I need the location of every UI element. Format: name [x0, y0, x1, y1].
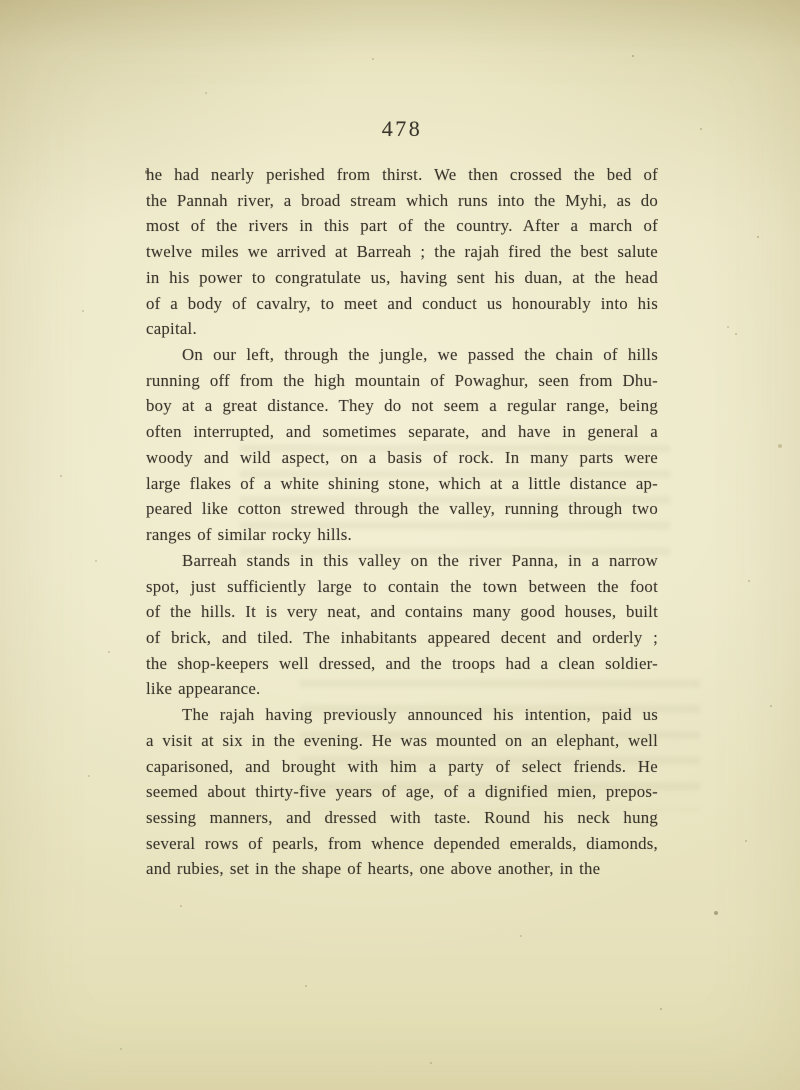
- text-line: often interrupted, and sometimes separat…: [146, 419, 658, 445]
- text-line: a visit at six in the evening. He was mo…: [146, 728, 658, 754]
- page-number: 478: [146, 116, 658, 142]
- text-line: ranges of similar rocky hills.: [146, 522, 658, 548]
- text-line: spot, just sufficiently large to contain…: [146, 574, 658, 600]
- page-text: he had nearly perished from thirst. We t…: [146, 162, 658, 882]
- book-page: 478 he had nearly perished from thirst. …: [0, 0, 800, 1090]
- text-line: On our left, through the jungle, we pass…: [146, 342, 658, 368]
- paragraph: he had nearly perished from thirst. We t…: [146, 162, 658, 342]
- text-line: twelve miles we arrived at Barreah ; the…: [146, 239, 658, 265]
- text-line: The rajah having previously announced hi…: [146, 702, 658, 728]
- text-line: woody and wild aspect, on a basis of roc…: [146, 445, 658, 471]
- text-line: sessing manners, and dressed with taste.…: [146, 805, 658, 831]
- text-line: running off from the high mountain of Po…: [146, 368, 658, 394]
- text-line: the shop-keepers well dressed, and the t…: [146, 651, 658, 677]
- text-line: of a body of cavalry, to meet and conduc…: [146, 291, 658, 317]
- text-line: Barreah stands in this valley on the riv…: [146, 548, 658, 574]
- text-line: large flakes of a white shining stone, w…: [146, 471, 658, 497]
- text-line: of the hills. It is very neat, and conta…: [146, 599, 658, 625]
- text-line: boy at a great distance. They do not see…: [146, 393, 658, 419]
- paragraph: On our left, through the jungle, we pass…: [146, 342, 658, 548]
- paragraph: The rajah having previously announced hi…: [146, 702, 658, 882]
- text-line: capital.: [146, 316, 658, 342]
- text-line: the Pannah river, a broad stream which r…: [146, 188, 658, 214]
- text-line: peared like cotton strewed through the v…: [146, 496, 658, 522]
- text-line: and rubies, set in the shape of hearts, …: [146, 856, 658, 882]
- text-line: he had nearly perished from thirst. We t…: [146, 162, 658, 188]
- paragraph: Barreah stands in this valley on the riv…: [146, 548, 658, 702]
- text-line: in his power to congratulate us, having …: [146, 265, 658, 291]
- paper-specks: [0, 0, 2, 2]
- text-line: several rows of pearls, from whence depe…: [146, 831, 658, 857]
- text-line: seemed about thirty-five years of age, o…: [146, 779, 658, 805]
- text-line: most of the rivers in this part of the c…: [146, 213, 658, 239]
- text-line: of brick, and tiled. The inhabitants app…: [146, 625, 658, 651]
- text-line: caparisoned, and brought with him a part…: [146, 754, 658, 780]
- text-line: like appearance.: [146, 676, 658, 702]
